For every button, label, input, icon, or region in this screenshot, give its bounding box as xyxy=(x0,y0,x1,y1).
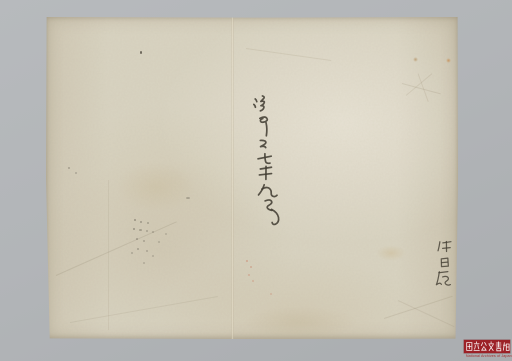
paper-sheet: 清甲七年九号 (uncertain reading) 任日尾 (uncertai… xyxy=(46,17,458,339)
main-inscription-text: 清甲七年九号 (uncertain reading) xyxy=(46,17,47,18)
stamp-kanji-glyphs xyxy=(464,340,510,353)
crease-line xyxy=(56,221,177,276)
crease-line xyxy=(384,296,453,319)
crease-line xyxy=(418,73,429,102)
ink-fleck xyxy=(140,51,142,54)
crease-line xyxy=(398,300,455,327)
crease-line xyxy=(108,180,109,330)
scanned-document: 清甲七年九号 (uncertain reading) 任日尾 (uncertai… xyxy=(0,0,512,361)
crease-line xyxy=(246,48,331,61)
stamp-caption: National Archives of Japan xyxy=(466,354,508,358)
stamp-kanji-band: 国立公文書館 xyxy=(464,340,510,353)
foxing-spot xyxy=(446,58,451,63)
tan-stain xyxy=(246,307,356,337)
center-fold-crease xyxy=(231,17,234,339)
margin-note-text: 任日尾 (uncertain reading) xyxy=(46,17,47,18)
crease-line xyxy=(70,296,218,323)
crease-line xyxy=(402,83,441,94)
foxing-spot xyxy=(413,57,418,62)
tan-stain xyxy=(116,162,196,212)
margin-note-calligraphy xyxy=(432,239,458,296)
tan-stain xyxy=(376,245,406,261)
national-archives-stamp: 国立公文書館 National Archives of Japan xyxy=(464,340,510,358)
main-inscription-calligraphy xyxy=(233,90,302,229)
crease-line xyxy=(406,73,433,96)
